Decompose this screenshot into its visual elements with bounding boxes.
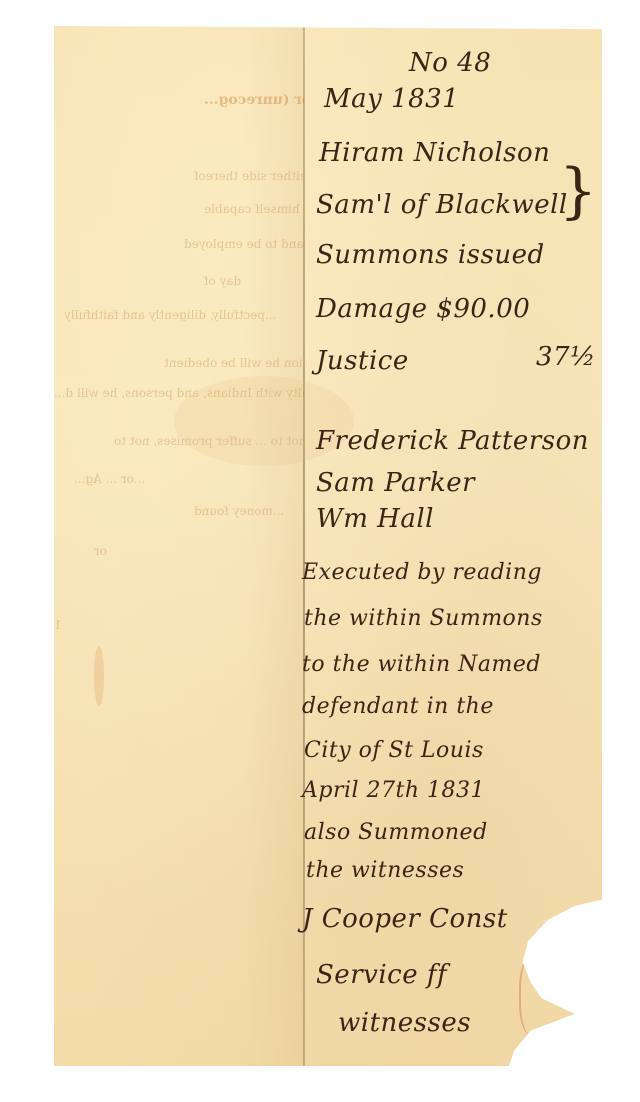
return-line: defendant in the (302, 694, 494, 719)
case-number: No 48 (409, 48, 491, 78)
term-date: May 1831 (324, 84, 459, 114)
witness-fee-note: witnesses (338, 1008, 471, 1038)
justice-fee-amount: 37½ (536, 342, 596, 372)
witness-2: Sam Parker (316, 468, 475, 498)
return-line: to the within Named (302, 652, 541, 677)
service-fee-note: Service ff (316, 960, 447, 990)
return-line: City of St Louis (304, 738, 484, 763)
torn-edge (519, 956, 551, 1036)
document-paper: ...tices, or (unrecog... ...er, in eithe… (54, 26, 602, 1066)
damages: Damage $90.00 (316, 294, 530, 324)
justice-fee-label: Justice (316, 346, 409, 376)
return-date: April 27th 1831 (302, 778, 485, 803)
brace-mark: } (559, 161, 597, 221)
return-line: also Summoned (304, 820, 488, 845)
witness-3: Wm Hall (316, 504, 434, 534)
return-line: the witnesses (306, 858, 464, 883)
return-line: the within Summons (304, 606, 543, 631)
handwritten-entries: No 48 May 1831 Hiram Nicholson Sam'l of … (54, 26, 602, 1066)
writ-type: Summons issued (316, 240, 545, 270)
witness-1: Frederick Patterson (316, 426, 589, 456)
defendant-name: Sam'l of Blackwell (316, 190, 568, 220)
constable-signature: J Cooper Const (302, 904, 508, 934)
plaintiff-name: Hiram Nicholson (319, 138, 550, 168)
return-line: Executed by reading (302, 560, 542, 585)
